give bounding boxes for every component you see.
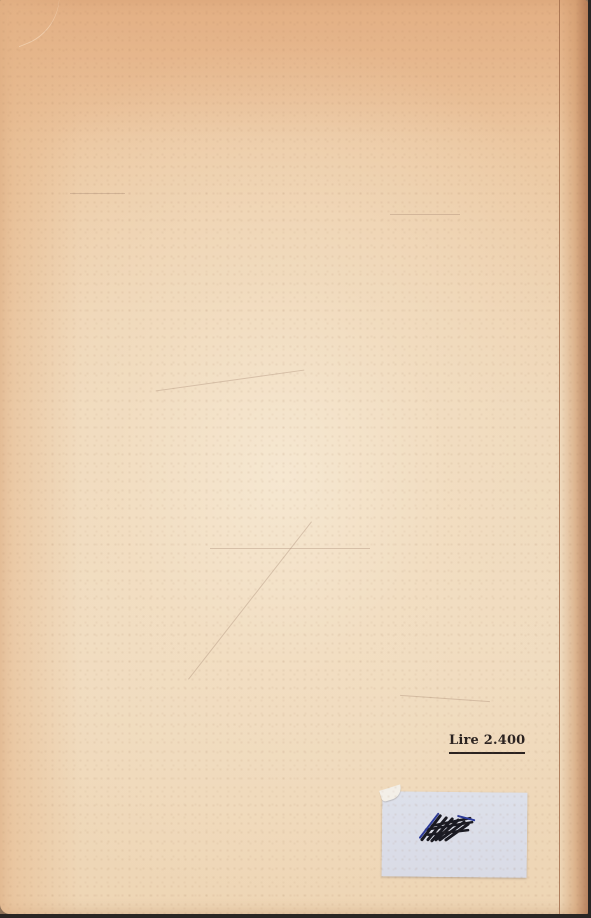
- spine-edge: [559, 0, 588, 914]
- book-back-cover: Lire 2.400: [0, 0, 588, 914]
- scratch-mark: [70, 193, 125, 194]
- aged-top-discoloration: [0, 0, 588, 140]
- scratch-mark: [210, 548, 370, 549]
- scratch-mark: [400, 695, 490, 702]
- corner-crease: [0, 0, 75, 47]
- price-label: Lire 2.400: [449, 733, 525, 754]
- scratch-mark: [156, 370, 305, 392]
- scratch-mark: [188, 521, 312, 679]
- scribble-mark-icon: [418, 810, 478, 845]
- scratch-mark: [390, 214, 460, 215]
- aged-left-discoloration: [0, 0, 80, 914]
- sticker-folded-corner: [379, 784, 404, 802]
- library-sticker: [382, 791, 528, 878]
